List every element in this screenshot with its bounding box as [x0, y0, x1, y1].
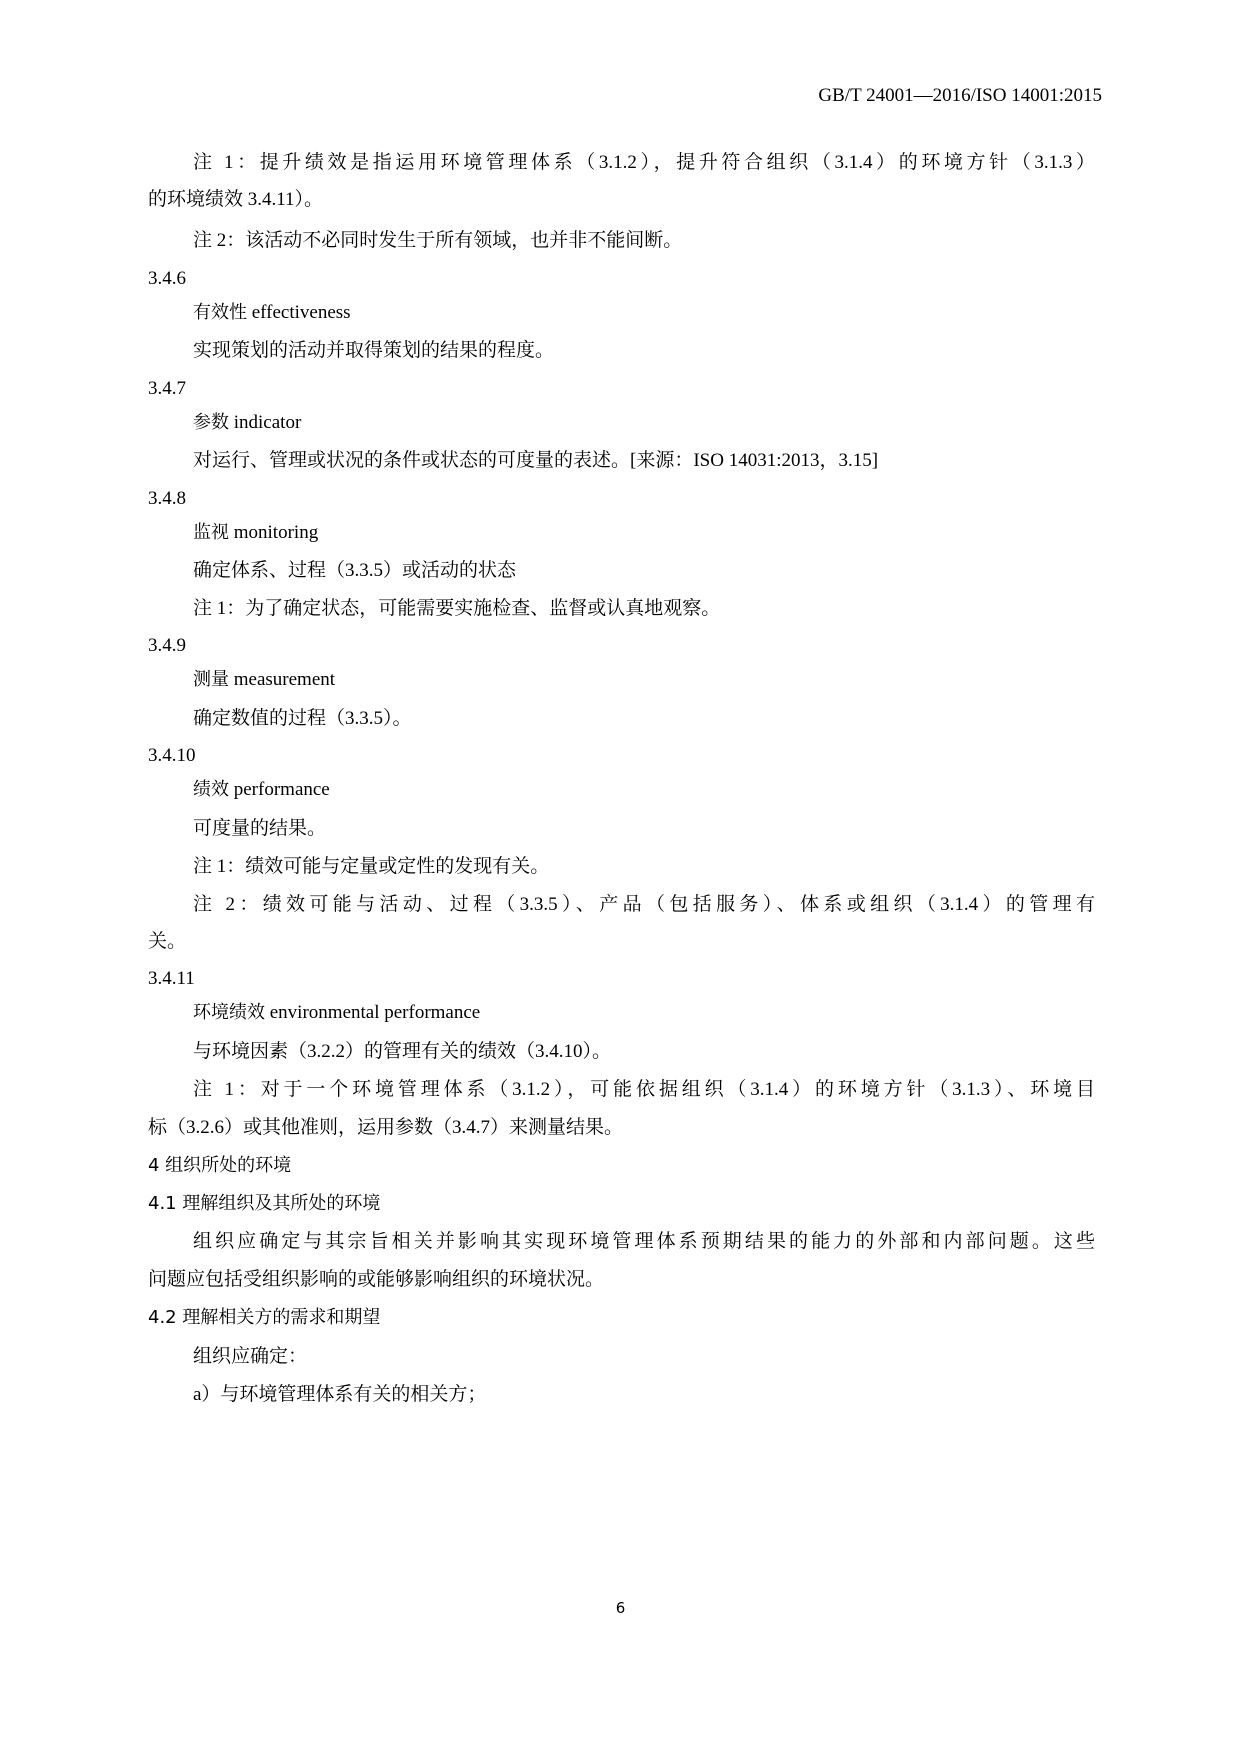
term-note-continued: 关。	[148, 929, 186, 955]
page-number: 6	[0, 1598, 1241, 1618]
subsection-heading: 4.2 理解相关方的需求和期望	[148, 1305, 380, 1331]
term-entry: 有效性 effectiveness	[193, 300, 351, 326]
term-chinese: 绩效	[193, 779, 229, 800]
term-entry: 绩效 performance	[193, 777, 330, 803]
term-entry: 参数 indicator	[193, 410, 301, 436]
term-note: 注 2：绩效可能与活动、过程（3.3.5）、产品（包括服务）、体系或组织（3.1…	[193, 892, 1095, 918]
section-heading: 4 组织所处的环境	[148, 1153, 291, 1179]
subsection-heading: 4.1 理解组织及其所处的环境	[148, 1191, 380, 1217]
term-chinese: 测量	[193, 669, 229, 690]
term-definition: 确定数值的过程（3.3.5）。	[193, 706, 412, 732]
term-definition: 可度量的结果。	[193, 816, 326, 842]
term-definition: 与环境因素（3.2.2）的管理有关的绩效（3.4.10）。	[193, 1039, 611, 1065]
term-english: environmental performance	[270, 1002, 480, 1023]
term-english: indicator	[234, 412, 302, 433]
clause-number: 3.4.6	[148, 266, 186, 292]
body-paragraph: 组织应确定：	[193, 1344, 307, 1370]
term-chinese: 监视	[193, 522, 229, 543]
clause-number: 3.4.11	[148, 966, 195, 992]
note-paragraph-continued: 的环境绩效 3.4.11）。	[148, 187, 323, 213]
note-paragraph: 注 2：该活动不必同时发生于所有领域，也并非不能间断。	[193, 228, 682, 254]
term-note: 注 1：对于一个环境管理体系（3.1.2），可能依据组织（3.1.4）的环境方针…	[193, 1077, 1095, 1103]
term-chinese: 参数	[193, 412, 229, 433]
clause-number: 3.4.9	[148, 633, 186, 659]
term-note: 注 1：为了确定状态，可能需要实施检查、监督或认真地观察。	[193, 596, 720, 622]
term-english: performance	[234, 779, 330, 800]
term-definition: 对运行、管理或状况的条件或状态的可度量的表述。[来源：ISO 14031:201…	[193, 448, 878, 474]
term-english: monitoring	[234, 522, 318, 543]
term-definition: 确定体系、过程（3.3.5）或活动的状态	[193, 558, 516, 584]
term-entry: 环境绩效 environmental performance	[193, 1000, 480, 1026]
term-english: effectiveness	[252, 302, 351, 323]
term-chinese: 有效性	[193, 302, 247, 323]
term-note: 注 1：绩效可能与定量或定性的发现有关。	[193, 854, 549, 880]
body-paragraph-continued: 问题应包括受组织影响的或能够影响组织的环境状况。	[148, 1267, 604, 1293]
term-definition: 实现策划的活动并取得策划的结果的程度。	[193, 338, 554, 364]
term-note-continued: 标（3.2.6）或其他准则，运用参数（3.4.7）来测量结果。	[148, 1115, 623, 1141]
clause-number: 3.4.8	[148, 486, 186, 512]
standard-code-header: GB/T 24001—2016/ISO 14001:2015	[818, 84, 1102, 108]
clause-number: 3.4.10	[148, 743, 196, 769]
body-paragraph: 组织应确定与其宗旨相关并影响其实现环境管理体系预期结果的能力的外部和内部问题。这…	[193, 1229, 1095, 1255]
clause-number: 3.4.7	[148, 376, 186, 402]
term-chinese: 环境绩效	[193, 1002, 265, 1023]
note-paragraph: 注 1：提升绩效是指运用环境管理体系（3.1.2），提升符合组织（3.1.4）的…	[193, 150, 1095, 176]
list-item: a）与环境管理体系有关的相关方；	[193, 1382, 486, 1408]
term-english: measurement	[234, 669, 335, 690]
document-page: GB/T 24001—2016/ISO 14001:2015 注 1：提升绩效是…	[0, 0, 1241, 1755]
term-entry: 测量 measurement	[193, 667, 335, 693]
term-entry: 监视 monitoring	[193, 520, 318, 546]
